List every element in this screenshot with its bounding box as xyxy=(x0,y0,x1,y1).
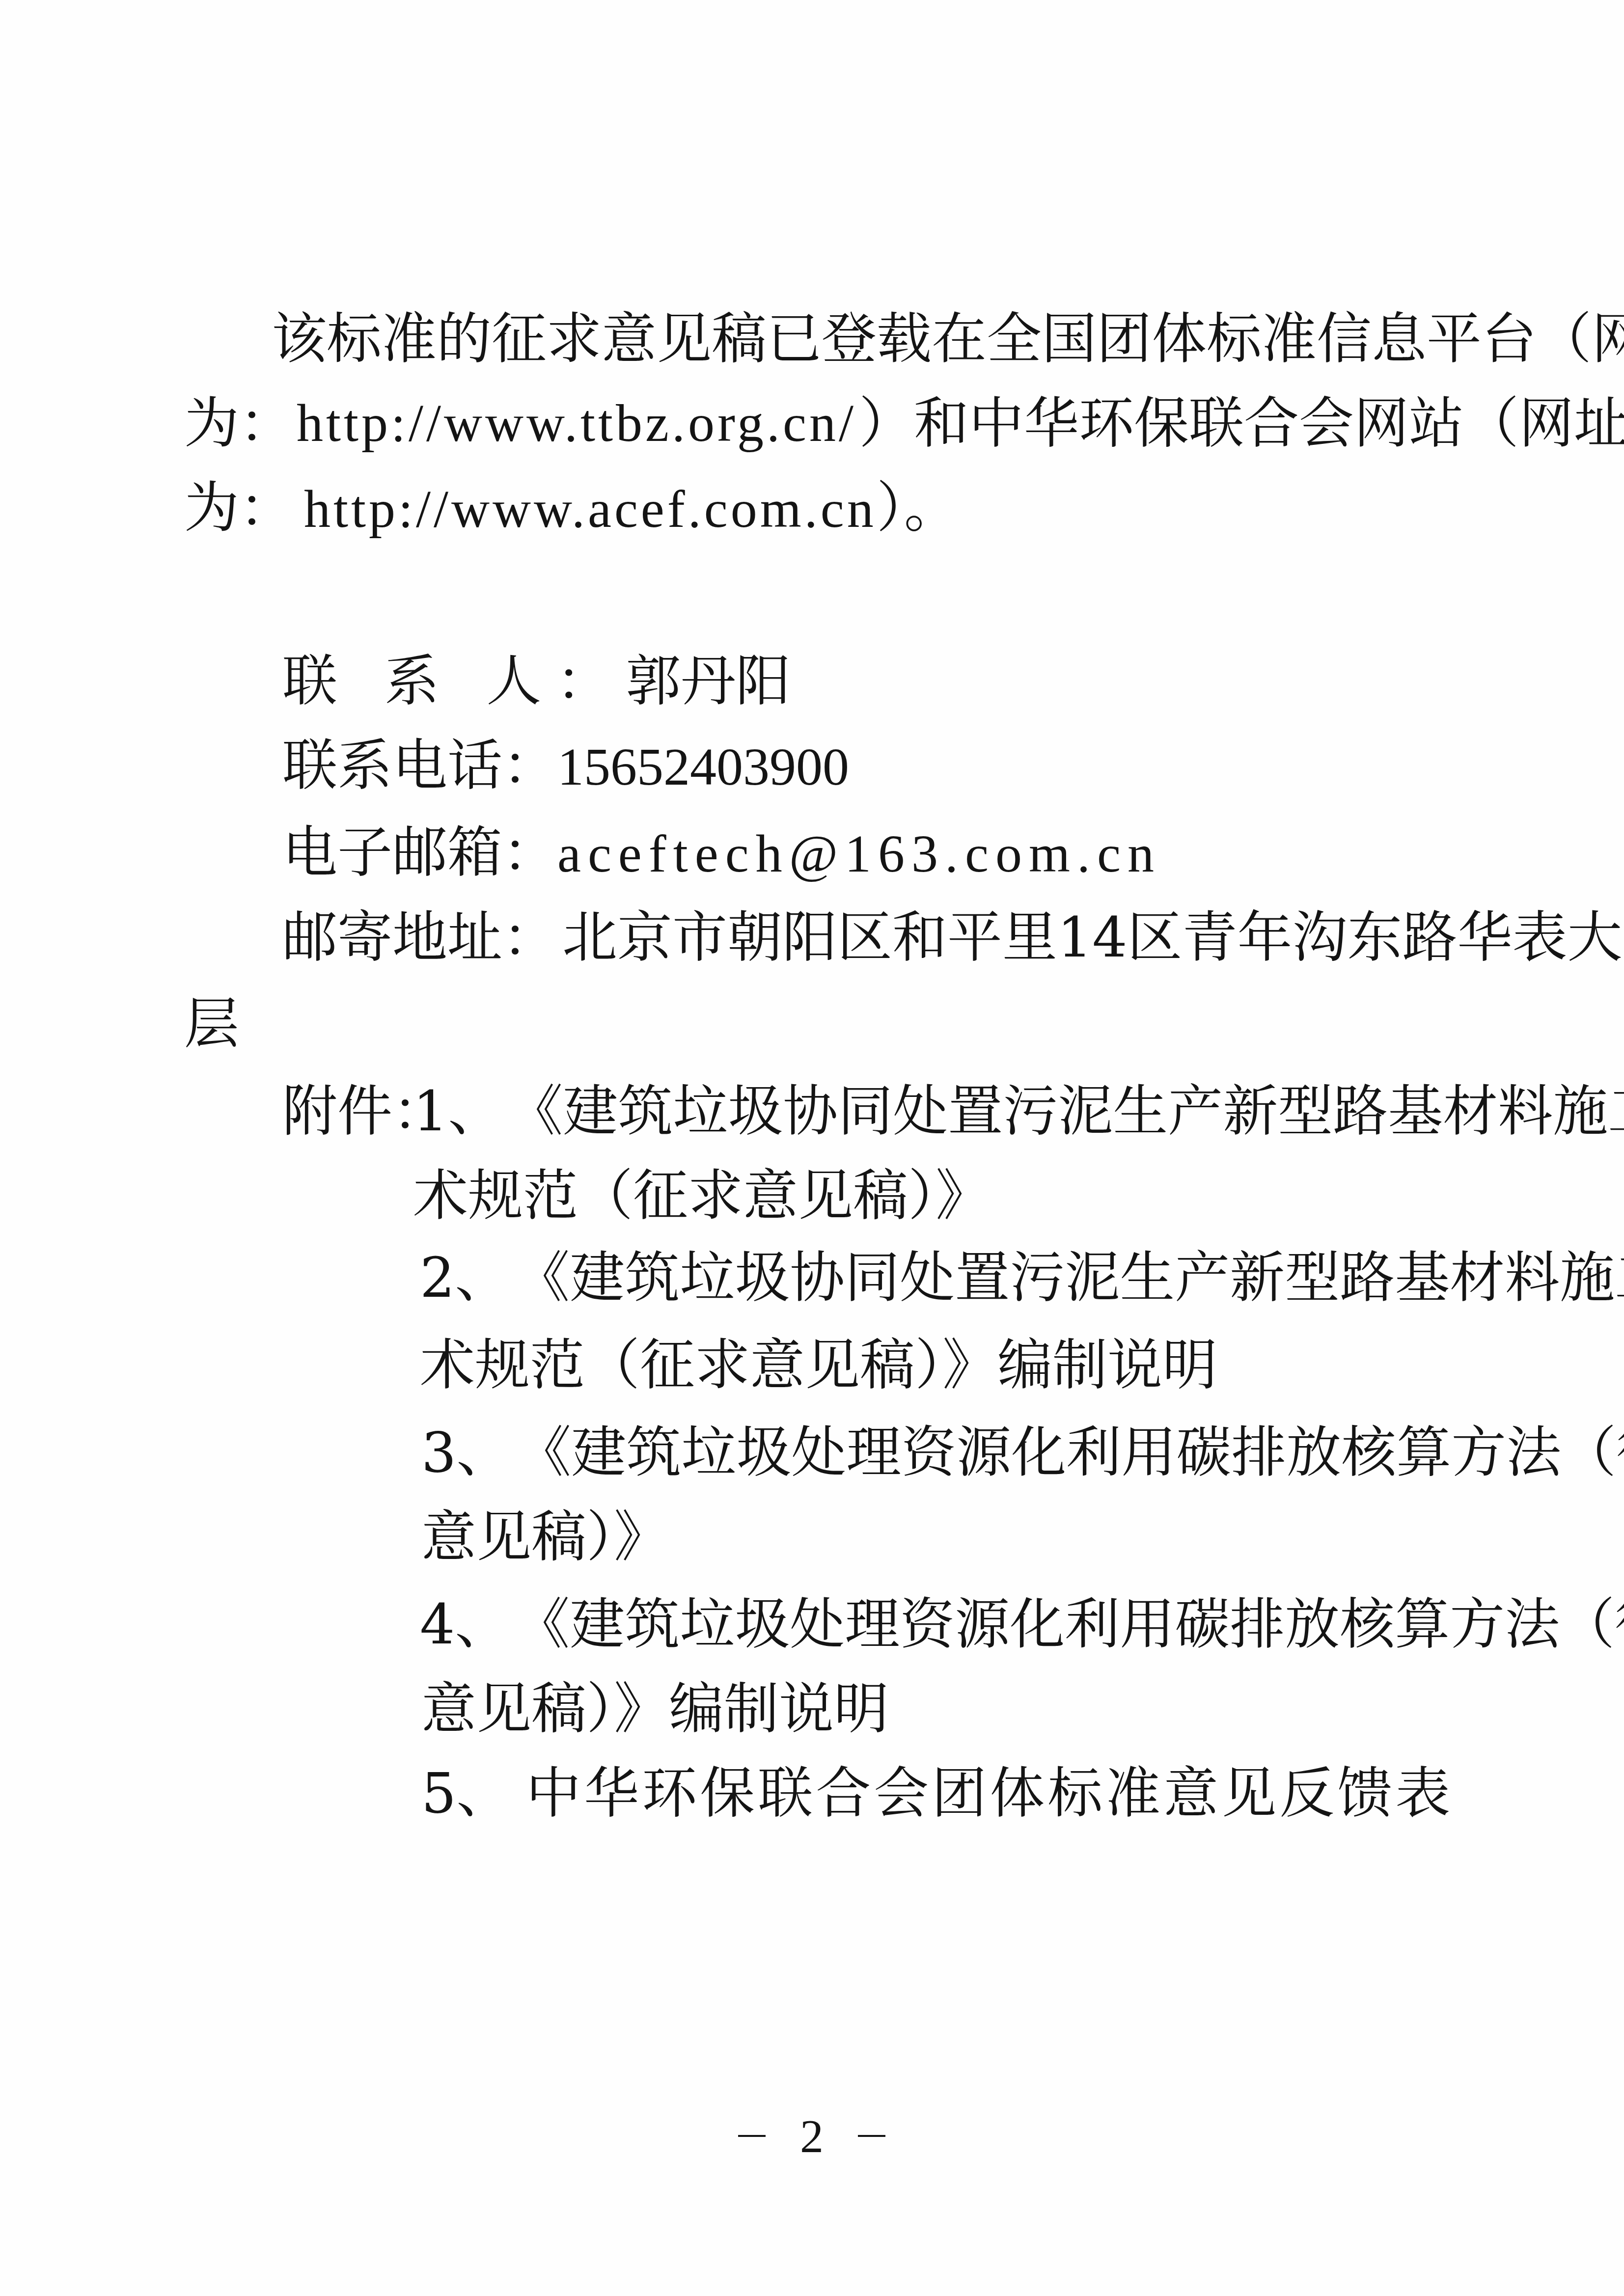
attachment-item-4-line-1: 4、 《建筑垃圾处理资源化利用碳排放核算方法（征求 xyxy=(420,1590,1414,1659)
left-dash-decoration xyxy=(738,2135,766,2137)
ttbz-url-link[interactable]: http://www.ttbz.org.cn/ xyxy=(297,389,856,458)
attachment-title-cont: 意见稿）》 xyxy=(421,1505,669,1569)
attachment-title: 中华环保联合会团体标准意见反馈表 xyxy=(526,1762,1453,1826)
paragraph-suffix: ）。 xyxy=(877,476,959,540)
attachment-number: 1、 xyxy=(413,1077,503,1146)
contact-address-value: 北京市朝阳区和平里14区青年沟东路华表大厦6 xyxy=(562,903,1414,972)
attachment-item-1-line-1: 1、 《建筑垃圾协同处置污泥生产新型路基材料施工技 xyxy=(413,1077,1414,1146)
paragraph-prefix: 为： xyxy=(184,389,294,458)
attachment-title-cont: 意见稿）》编制说明 xyxy=(421,1677,889,1741)
paragraph-line-2: 为： http://www.ttbz.org.cn/ ）和中华环保联合会网站（网… xyxy=(184,389,1414,458)
attachment-item-3-line-1: 3、 《建筑垃圾处理资源化利用碳排放核算方法（征求 xyxy=(421,1419,1414,1487)
contact-phone-value: 15652403900 xyxy=(557,738,849,796)
right-dash-decoration xyxy=(858,2135,885,2137)
attachment-item-1-line-2: 术规范（征求意见稿）》 xyxy=(413,1162,991,1230)
contact-person-row: 联 系 人：郭丹阳 xyxy=(282,647,791,716)
attachment-title: 《建筑垃圾处理资源化利用碳排放核算方法（征求 xyxy=(515,1590,1414,1659)
attachment-item-5: 5、中华环保联合会团体标准意见反馈表 xyxy=(421,1759,1453,1828)
attachment-number: 5、 xyxy=(421,1762,511,1826)
paragraph-line-1: 该标准的征求意见稿已登载在全国团体标准信息平台（网址 xyxy=(272,305,1414,374)
contact-address-row: 邮寄地址： 北京市朝阳区和平里14区青年沟东路华表大厦6 xyxy=(282,903,1414,972)
attachment-title: 《建筑垃圾协同处置污泥生产新型路基材料施工技 xyxy=(508,1077,1414,1146)
contact-phone-label: 联系电话： xyxy=(282,734,557,798)
attachment-number: 2、 xyxy=(420,1244,510,1312)
contact-email-label: 电子邮箱： xyxy=(282,821,557,885)
attachment-title: 《建筑垃圾协同处置污泥生产新型路基材料施工技 xyxy=(515,1244,1414,1312)
document-page: 该标准的征求意见稿已登载在全国团体标准信息平台（网址 为： http://www… xyxy=(0,0,1624,2296)
attachment-item-3-line-2: 意见稿）》 xyxy=(421,1503,669,1572)
attachment-title-cont: 术规范（征求意见稿）》编制说明 xyxy=(420,1334,1217,1397)
contact-person-value: 郭丹阳 xyxy=(626,650,791,713)
paragraph-text: 该标准的征求意见稿已登载在全国团体标准信息平台（网址 xyxy=(272,305,1409,374)
paragraph-prefix: 为： xyxy=(184,476,294,540)
attachment-item-2-line-1: 2、 《建筑垃圾协同处置污泥生产新型路基材料施工技 xyxy=(420,1244,1414,1312)
contact-person-label: 联 系 人： xyxy=(282,650,626,713)
contact-email-link[interactable]: aceftech@163.com.cn xyxy=(557,825,1161,883)
attachment-title: 《建筑垃圾处理资源化利用碳排放核算方法（征求 xyxy=(516,1419,1414,1487)
attachment-title-cont: 术规范（征求意见稿）》 xyxy=(413,1164,991,1228)
attachment-number: 3、 xyxy=(421,1419,511,1487)
page-number: 2 xyxy=(800,2109,824,2163)
contact-address-label: 邮寄地址： xyxy=(282,903,557,972)
contact-email-row: 电子邮箱：aceftech@163.com.cn xyxy=(282,819,1161,887)
acef-url-link[interactable]: http://www.acef.com.cn xyxy=(304,480,877,539)
attachment-number: 4、 xyxy=(420,1590,510,1659)
attachment-item-4-line-2: 意见稿）》编制说明 xyxy=(421,1675,889,1744)
contact-address-value-cont: 层 xyxy=(184,992,239,1056)
page-number-footer: 2 xyxy=(738,2109,885,2163)
paragraph-line-3: 为：http://www.acef.com.cn）。 xyxy=(184,474,959,543)
contact-phone-row: 联系电话：15652403900 xyxy=(282,732,849,800)
paragraph-suffix: ）和中华环保联合会网站（网址 xyxy=(859,389,1414,458)
attachment-item-2-line-2: 术规范（征求意见稿）》编制说明 xyxy=(420,1331,1217,1400)
contact-address-continuation: 层 xyxy=(184,990,239,1059)
